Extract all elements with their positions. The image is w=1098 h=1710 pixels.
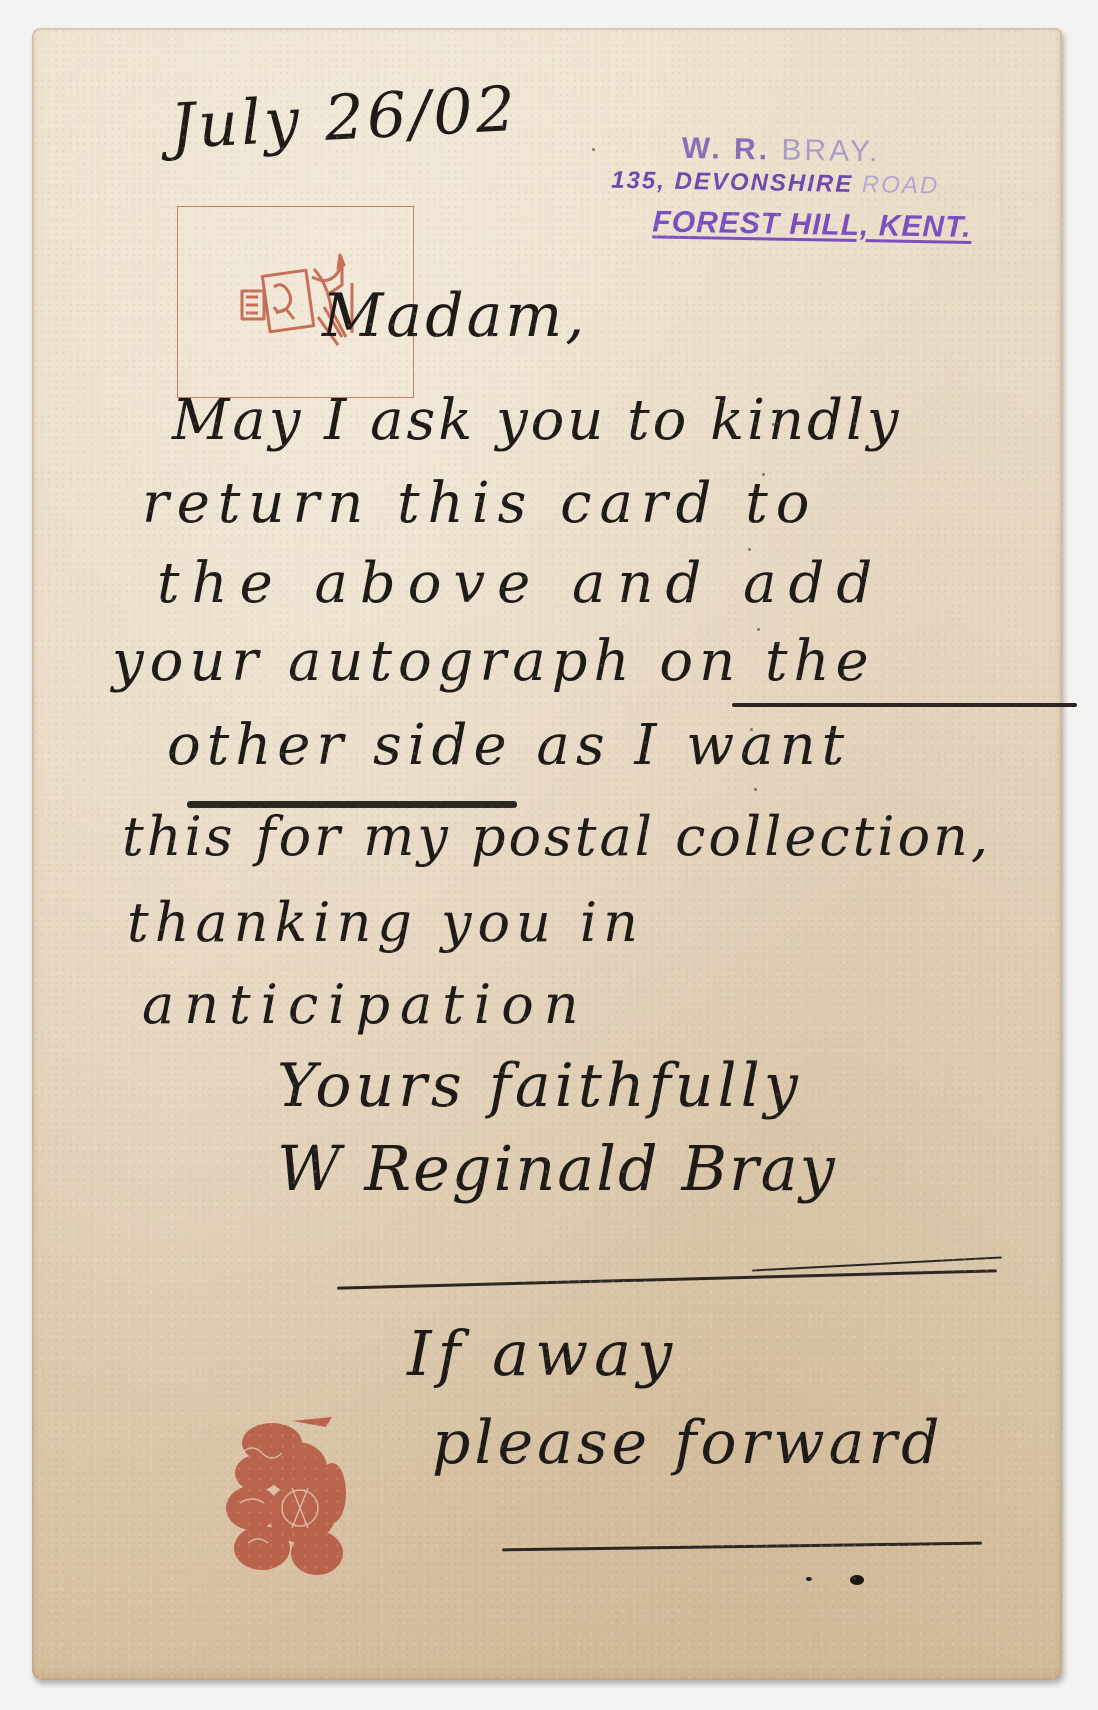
paper-speck bbox=[748, 548, 751, 551]
paper-speck bbox=[592, 148, 595, 151]
postscript-line: If away bbox=[407, 1323, 678, 1385]
paper-speck bbox=[757, 628, 760, 631]
paper-speck bbox=[772, 423, 775, 426]
letter-line: your autograph on the bbox=[112, 634, 875, 690]
stamp-town-line: FOREST HILL, KENT. bbox=[652, 207, 972, 243]
letter-line: May I ask you to kindly bbox=[172, 393, 902, 449]
letter-line: the above and add bbox=[157, 556, 884, 612]
stamp-street-line: 135, DEVONSHIRE ROAD bbox=[611, 169, 939, 199]
letter-line: thanking you in bbox=[127, 896, 644, 950]
stamp-name-line: W. R. BRAY. bbox=[681, 134, 880, 167]
stamp-street-faded: ROAD bbox=[862, 171, 940, 199]
stamp-name-strong: W. R. bbox=[681, 132, 770, 167]
date: July 26/02 bbox=[169, 78, 520, 158]
signature: W Reginald Bray bbox=[277, 1138, 837, 1200]
stamp-name-faded: BRAY. bbox=[781, 134, 880, 169]
letter-line: return this card to bbox=[142, 476, 818, 532]
return-address-stamp: W. R. BRAY. 135, DEVONSHIRE ROAD FOREST … bbox=[612, 133, 992, 140]
paper-speck bbox=[754, 788, 757, 791]
letter-line: other side as I want bbox=[167, 718, 850, 774]
letter-line: anticipation bbox=[142, 978, 588, 1032]
ink-blot bbox=[806, 1577, 812, 1581]
closing: Yours faithfully bbox=[277, 1056, 802, 1116]
signature-underline bbox=[337, 1269, 997, 1289]
letter-line: this for my postal collection, bbox=[122, 810, 991, 864]
postcard: July 26/02 W. R. BRAY. 135, DEVONSHIRE R… bbox=[32, 28, 1062, 1680]
ink-blot bbox=[850, 1575, 864, 1585]
scan-background: July 26/02 W. R. BRAY. 135, DEVONSHIRE R… bbox=[0, 0, 1098, 1710]
underline-on-the bbox=[732, 703, 1077, 707]
forward-underline bbox=[502, 1542, 982, 1552]
paper-speck bbox=[762, 473, 765, 476]
salutation: Madam, bbox=[322, 286, 587, 346]
paper-speck bbox=[750, 728, 753, 731]
postscript-line: please forward bbox=[432, 1413, 943, 1473]
stamp-street-strong: 135, DEVONSHIRE bbox=[611, 167, 854, 198]
royal-coat-of-arms-icon bbox=[222, 1413, 362, 1583]
